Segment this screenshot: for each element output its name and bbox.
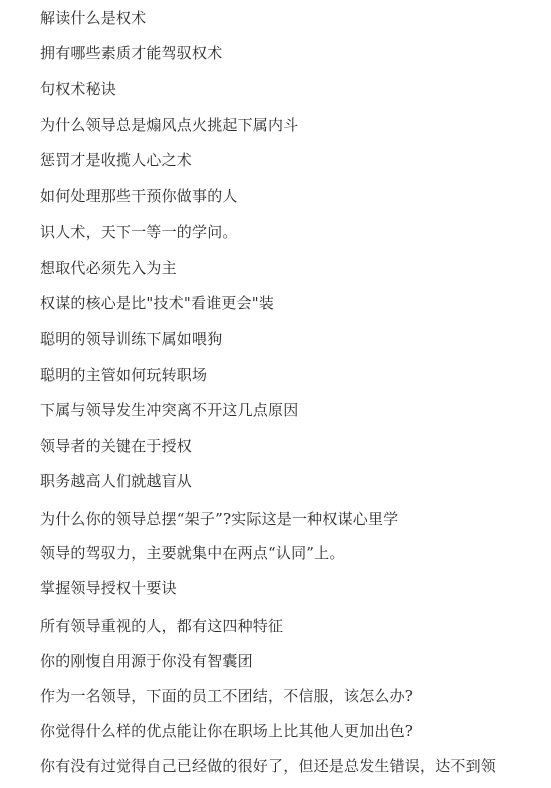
text-line: 拥有哪些素质才能驾驭权术 — [40, 43, 222, 63]
text-line: 你觉得什么样的优点能让你在职场上比其他人更加出色? — [40, 721, 413, 741]
text-line: 为什么你的领导总摆“架子”?实际这是一种权谋心里学 — [40, 509, 398, 529]
document-page: 解读什么是权术 拥有哪些素质才能驾驭权术 句权术秘诀 为什么领导总是煽风点火挑起… — [0, 0, 551, 788]
text-line: 识人术，天下一等一的学问。 — [40, 222, 238, 242]
text-line: 为什么领导总是煽风点火挑起下属内斗 — [40, 115, 298, 135]
text-line: 聪明的主管如何玩转职场 — [40, 365, 207, 385]
text-line: 作为一名领导，下面的员工不团结，不信服，该怎么办? — [40, 686, 413, 706]
text-line: 权谋的核心是比"技术"看谁更会"装 — [40, 293, 274, 313]
text-line: 句权术秘诀 — [40, 79, 116, 99]
text-line: 下属与领导发生冲突离不开这几点原因 — [40, 400, 298, 420]
text-line: 想取代必须先入为主 — [40, 258, 177, 278]
text-line: 你的刚愎自用源于你没有智囊团 — [40, 651, 253, 671]
text-line: 领导的驾驭力，主要就集中在两点“认同”上。 — [40, 543, 345, 563]
text-line: 职务越高人们就越盲从 — [40, 471, 192, 491]
text-line: 惩罚才是收揽人心之术 — [40, 150, 192, 170]
text-line: 领导者的关键在于授权 — [40, 436, 192, 456]
text-line: 掌握领导授权十要诀 — [40, 578, 177, 598]
text-line: 如何处理那些干预你做事的人 — [40, 186, 238, 206]
text-line: 你有没有过觉得自己已经做的很好了，但还是总发生错误，达不到领 — [40, 756, 496, 776]
text-line: 聪明的领导训练下属如喂狗 — [40, 329, 222, 349]
text-line: 解读什么是权术 — [40, 8, 146, 28]
text-line: 所有领导重视的人，都有这四种特征 — [40, 616, 283, 636]
